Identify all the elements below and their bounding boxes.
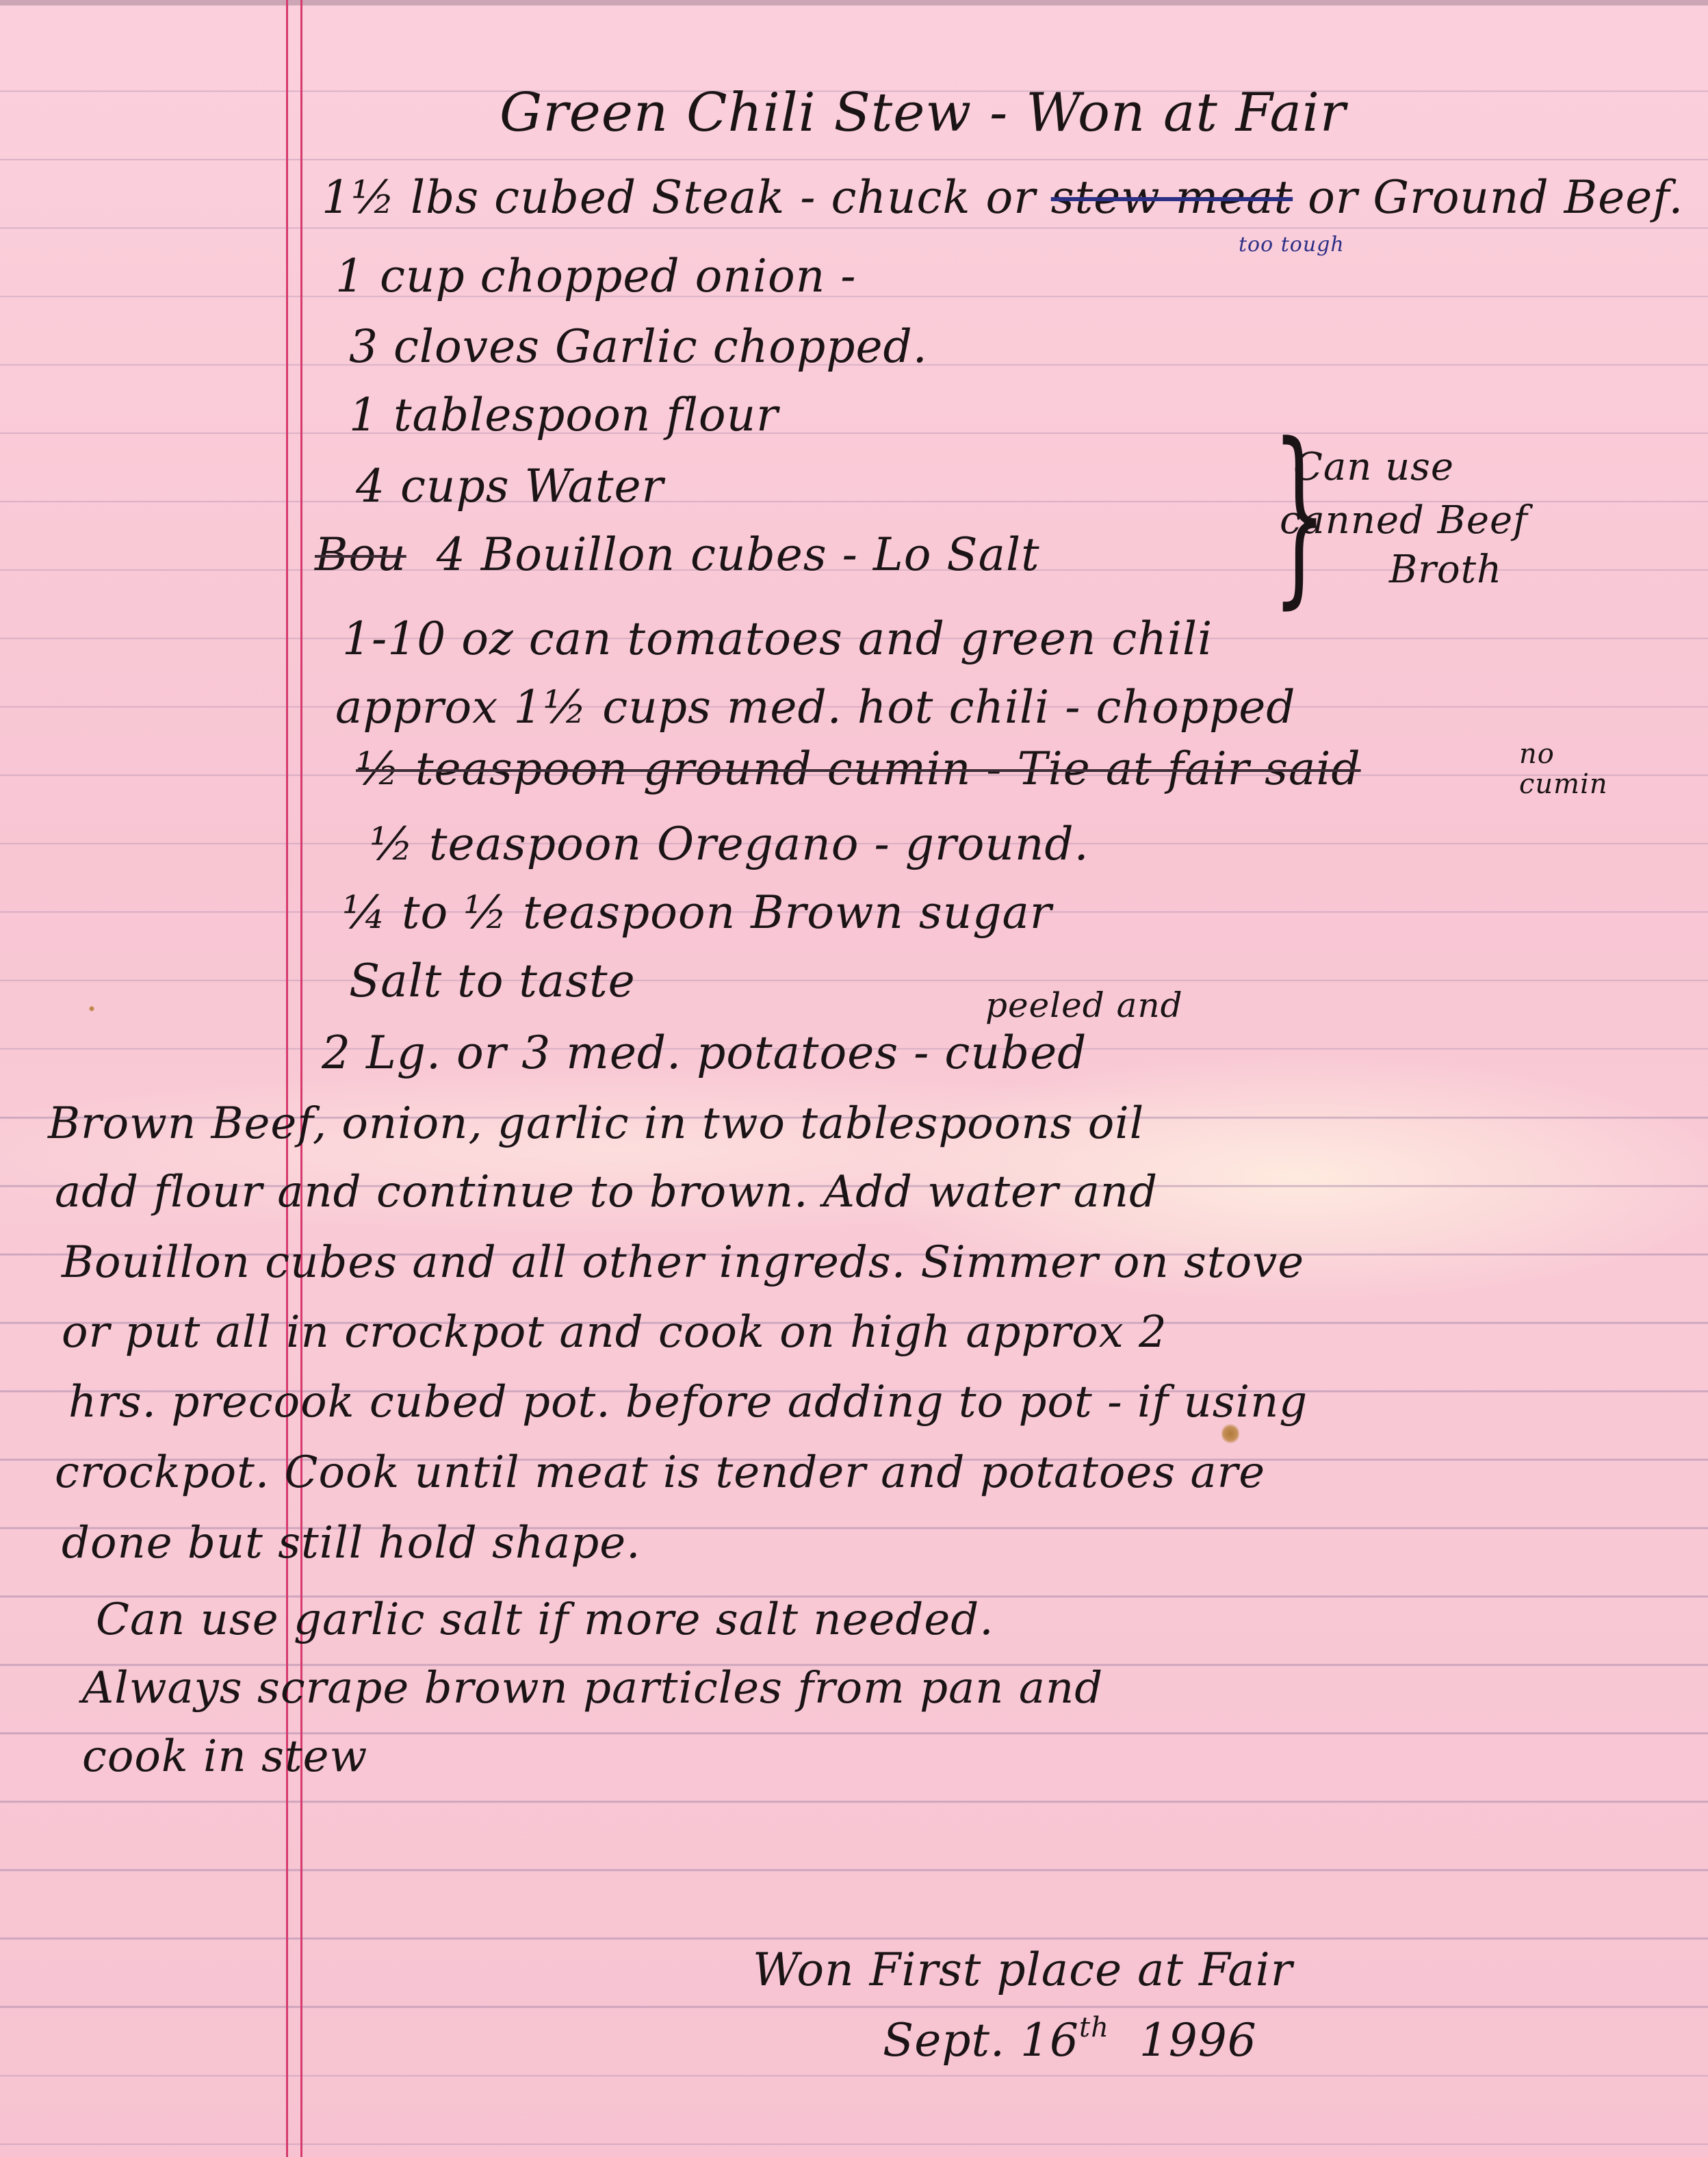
- paper-speck: [89, 1006, 94, 1011]
- side-note-no-cumin: no cumin: [1519, 739, 1649, 799]
- direction-line-5: hrs. precook cubed pot. before adding to…: [68, 1377, 1308, 1428]
- ingredient-9-struck: ½ teaspoon ground cumin - Tie at fair sa…: [356, 742, 1361, 795]
- ingredient-1-text-a: 1½ lbs cubed Steak - chuck or: [322, 171, 1051, 224]
- ingredient-5: 4 cups Water: [356, 460, 664, 513]
- footer-date: Sept. 16th 1996: [883, 2012, 1257, 2067]
- paper-stain: [1221, 1423, 1239, 1444]
- ingredient-6-struck-prefix: Bou: [315, 528, 406, 581]
- margin-line-left: [286, 0, 288, 2157]
- ingredient-10: ½ teaspoon Oregano - ground.: [370, 818, 1089, 870]
- ingredient-3: 3 cloves Garlic chopped.: [349, 320, 928, 373]
- ingredient-12: Salt to taste: [349, 955, 636, 1007]
- insert-peeled-and: peeled and: [985, 985, 1183, 1025]
- ingredient-8: approx 1½ cups med. hot chili - chopped: [335, 681, 1296, 734]
- note-line-2: Always scrape brown particles from pan a…: [82, 1663, 1103, 1714]
- margin-line-right: [300, 0, 302, 2157]
- ingredient-6: Bou 4 Bouillon cubes - Lo Salt: [315, 528, 1040, 581]
- bracket-note-1: Can use: [1293, 445, 1454, 489]
- footer-year: 1996: [1139, 2014, 1257, 2067]
- footer-date-suffix: th: [1079, 2012, 1109, 2043]
- ingredient-4: 1 tablespoon flour: [349, 389, 779, 441]
- bracket-note-3: Broth: [1389, 547, 1502, 592]
- footer-won-first-place: Won First place at Fair: [753, 1943, 1293, 1996]
- ingredient-6-text: 4 Bouillon cubes - Lo Salt: [437, 528, 1040, 581]
- ingredient-1-struck: stew meat: [1051, 171, 1293, 224]
- direction-line-2: add flour and continue to brown. Add wat…: [55, 1167, 1158, 1217]
- direction-line-4: or put all in crockpot and cook on high …: [62, 1307, 1167, 1358]
- ingredient-1-text-b: or Ground Beef.: [1293, 171, 1683, 224]
- ingredient-2: 1 cup chopped onion -: [335, 250, 857, 302]
- ingredient-13: 2 Lg. or 3 med. potatoes - cubed: [322, 1026, 1087, 1079]
- annotation-too-tough: too tough: [1239, 233, 1345, 257]
- ingredient-11: ¼ to ½ teaspoon Brown sugar: [342, 886, 1052, 939]
- direction-line-7: done but still hold shape.: [62, 1518, 640, 1568]
- direction-line-6: crockpot. Cook until meat is tender and …: [55, 1447, 1265, 1498]
- recipe-title: Green Chili Stew - Won at Fair: [500, 82, 1346, 144]
- ingredient-1: 1½ lbs cubed Steak - chuck or stew meat …: [322, 171, 1683, 224]
- bracket-note-2: canned Beef: [1280, 498, 1528, 543]
- note-line-3: cook in stew: [82, 1731, 367, 1782]
- direction-line-1: Brown Beef, onion, garlic in two tablesp…: [48, 1098, 1144, 1149]
- ingredient-7: 1-10 oz can tomatoes and green chili: [342, 612, 1213, 665]
- paper-top-edge: [0, 0, 1708, 5]
- direction-line-3: Bouillon cubes and all other ingreds. Si…: [62, 1237, 1304, 1288]
- note-line-1: Can use garlic salt if more salt needed.: [96, 1594, 994, 1645]
- footer-date-prefix: Sept. 16: [883, 2014, 1079, 2067]
- recipe-page: Green Chili Stew - Won at Fair 1½ lbs cu…: [0, 0, 1708, 2157]
